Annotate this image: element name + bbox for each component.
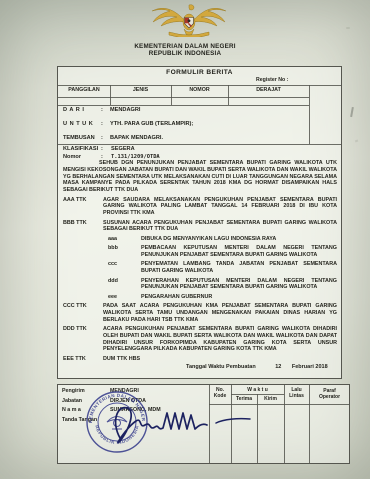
form-main-box: FORMULIR BERITA Register No : PANGGILAN … bbox=[57, 66, 342, 379]
body-subitem-bbb: bbb PEMBACAAN KEPUTUSAN MENTERI DALAM NE… bbox=[63, 245, 339, 259]
grid-line bbox=[58, 97, 309, 98]
jabatan-label: Jabatan bbox=[62, 398, 82, 404]
lalu-lintas-header: Lalu Lintas bbox=[284, 387, 309, 399]
nomor-label: Nomor bbox=[63, 154, 81, 160]
item-text: ACARA PENGUKUHAN PENJABAT SEMENTARA BUPA… bbox=[103, 326, 339, 353]
creation-date-day: 12 bbox=[275, 364, 281, 370]
subitem-label: aaa bbox=[108, 236, 141, 243]
colon: : bbox=[101, 135, 103, 141]
item-label: CCC TTK bbox=[63, 303, 103, 323]
no-kode-line2: Kode bbox=[209, 393, 231, 399]
form-title: FORMULIR BERITA bbox=[58, 69, 341, 76]
grid-line bbox=[309, 85, 310, 144]
subitem-label: bbb bbox=[108, 245, 141, 259]
scan-artifact-mark bbox=[355, 140, 358, 142]
item-text: PADA SAAT ACARA PENGUKUHAN KMA PENJABAT … bbox=[103, 303, 339, 323]
ministry-header: KEMENTERIAN DALAM NEGERI REPUBLIK INDONE… bbox=[0, 43, 370, 57]
kirim-header: Kirim bbox=[257, 396, 284, 402]
paraf-operator-header: Paraf Operator bbox=[309, 388, 350, 400]
grid-line bbox=[58, 85, 341, 86]
subitem-label: eee bbox=[108, 294, 141, 301]
creation-date-label: Tanggal Waktu Pembuatan bbox=[186, 364, 256, 370]
ministry-name: KEMENTERIAN DALAM NEGERI bbox=[0, 43, 370, 50]
subitem-text: PENGARAHAN GUBERNUR bbox=[141, 294, 339, 301]
klasifikasi-label: KLASIFIKASI bbox=[63, 146, 98, 152]
scanned-telegram-form: KEMENTERIAN DALAM NEGERI REPUBLIK INDONE… bbox=[0, 0, 370, 479]
body-subitem-ddd: ddd PENYERAHAN KEPUTUSAN MENTERI DALAM N… bbox=[63, 278, 339, 292]
column-header-derajat: DERAJAT bbox=[228, 87, 309, 93]
body-item-ccc: CCC TTK PADA SAAT ACARA PENGUKUHAN KMA P… bbox=[63, 303, 339, 323]
grid-line bbox=[58, 105, 309, 106]
untuk-value: YTH. PARA GUB (TERLAMPIR); bbox=[110, 121, 193, 127]
subitem-text: PENYERAHAN KEPUTUSAN MENTERI DALAM NEGER… bbox=[141, 278, 339, 292]
item-text: SUSUNAN ACARA PENGUKUHAN PENJABAT SEMENT… bbox=[103, 220, 339, 234]
nama-label: N a m a bbox=[62, 407, 81, 413]
creation-date-line: Tanggal Waktu Pembuatan 12 Februari 2018 bbox=[186, 364, 328, 370]
untuk-label: U N T U K bbox=[63, 121, 93, 127]
lalu-line2: Lintas bbox=[284, 393, 309, 399]
subitem-label: ddd bbox=[108, 278, 141, 292]
body-item-eee: EEE TTK DUM TTK HBS bbox=[63, 356, 339, 362]
body-subitem-aaa: aaa DIBUKA DG MENYANYIKAN LAGU INDONESIA… bbox=[63, 236, 339, 243]
body-subitem-eee: eee PENGARAHAN GUBERNUR bbox=[63, 294, 339, 301]
scan-artifact-mark bbox=[346, 27, 350, 29]
item-text: AGAR SAUDARA MELAKSANAKAN PENGUKUHAN PEN… bbox=[103, 197, 339, 217]
creation-date-monthyear: Februari 2018 bbox=[292, 364, 328, 370]
column-header-jenis: JENIS bbox=[110, 87, 171, 93]
body-subitem-ccc: ccc PENYEMATAN LAMBANG TANDA JABATAN PEN… bbox=[63, 261, 339, 275]
colon: : bbox=[101, 121, 103, 127]
pengirim-label: Pengirim bbox=[62, 388, 85, 394]
subitem-text: DIBUKA DG MENYANYIKAN LAGU INDONESIA RAY… bbox=[141, 236, 339, 243]
opening-paragraph: SEHUB DGN PENUNJUKAN PENJABAT SEMENTARA … bbox=[63, 160, 339, 194]
waktu-header: W a k t u bbox=[231, 387, 284, 393]
subitem-label: ccc bbox=[108, 261, 141, 275]
pen-tick-mark bbox=[350, 107, 353, 117]
register-no-label: Register No : bbox=[256, 77, 288, 83]
colon: : bbox=[101, 154, 103, 160]
grid-line bbox=[58, 144, 341, 145]
column-header-panggilan: PANGGILAN bbox=[58, 87, 110, 93]
no-kode-header: No. Kode bbox=[209, 387, 231, 399]
body-item-ddd: DDD TTK ACARA PENGUKUHAN PENJABAT SEMENT… bbox=[63, 326, 339, 353]
signature bbox=[104, 400, 258, 448]
paraf-line2: Operator bbox=[309, 394, 350, 400]
tembusan-value: BAPAK MENDAGRI. bbox=[110, 135, 163, 141]
tembusan-label: TEMBUSAN bbox=[63, 135, 95, 141]
klasifikasi-value: SEGERA bbox=[111, 146, 135, 152]
item-label: DDD TTK bbox=[63, 326, 103, 353]
item-text: DUM TTK HBS bbox=[103, 356, 339, 362]
republic-name: REPUBLIK INDONESIA bbox=[0, 50, 370, 57]
subitem-text: PENYEMATAN LAMBANG TANDA JABATAN PENJABA… bbox=[141, 261, 339, 275]
garuda-pancasila-emblem bbox=[149, 1, 229, 37]
item-label: BBB TTK bbox=[63, 220, 103, 234]
grid-line bbox=[231, 394, 284, 395]
subitem-text: PEMBACAAN KEPUTUSAN MENTERI DALAM NEGERI… bbox=[141, 245, 339, 259]
colon: : bbox=[101, 107, 103, 113]
colon: : bbox=[101, 146, 103, 152]
nomor-value: T.131/1209/OTDA bbox=[111, 154, 160, 160]
dari-label: D A R I bbox=[63, 107, 84, 113]
item-label: AAA TTK bbox=[63, 197, 103, 217]
operator-footer-box: No. Kode W a k t u Terima Kirim Lalu Lin… bbox=[57, 384, 350, 464]
body-item-aaa: AAA TTK AGAR SAUDARA MELAKSANAKAN PENGUK… bbox=[63, 197, 339, 217]
dari-value: MENDAGRI bbox=[110, 107, 140, 113]
column-header-nomor: NOMOR bbox=[171, 87, 228, 93]
message-body: SEHUB DGN PENUNJUKAN PENJABAT SEMENTARA … bbox=[63, 160, 339, 362]
body-item-bbb: BBB TTK SUSUNAN ACARA PENGUKUHAN PENJABA… bbox=[63, 220, 339, 234]
item-label: EEE TTK bbox=[63, 356, 103, 362]
